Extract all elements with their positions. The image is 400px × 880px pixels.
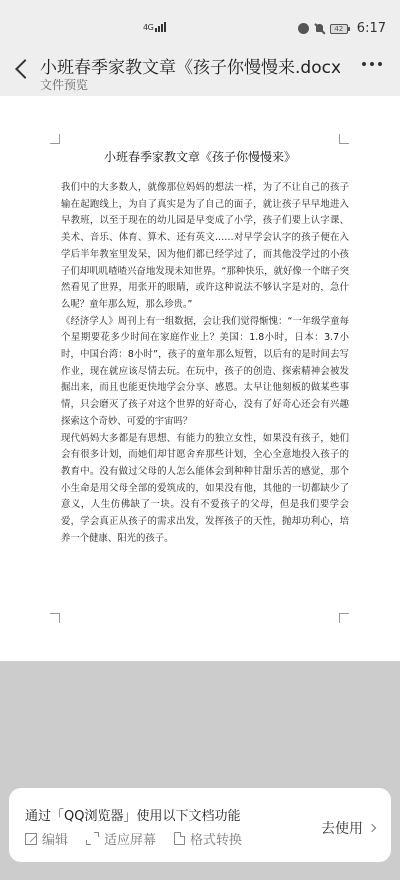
app-bar: 小班春季家教文章《孩子你慢慢来.docx 文件预览 [0, 44, 400, 96]
document-body: 我们中的大多数人，就像那位妈妈的想法一样，为了不让自己的孩子输在起跑线上，为自了… [61, 180, 349, 547]
battery-level: 42 [330, 24, 348, 34]
feature-label: 适应屏幕 [104, 829, 156, 848]
feature-label: 编辑 [42, 829, 68, 848]
edit-icon [25, 833, 37, 845]
feature-edit[interactable]: 编辑 [25, 829, 68, 848]
paragraph: 《经济学人》周刊上有一组数据，会让我们觉得惭愧：“一年级学童每个星期要花多少时间… [61, 314, 349, 431]
more-options-button[interactable] [362, 62, 382, 66]
margin-mark-top-right [339, 134, 349, 144]
more-dot-icon [370, 62, 374, 66]
feature-label: 格式转换 [190, 829, 242, 848]
file-subtitle: 文件预览 [40, 76, 88, 93]
alarm-icon [298, 23, 309, 34]
network-type: 4G [143, 23, 153, 32]
more-dot-icon [378, 62, 382, 66]
go-use-button[interactable]: 去使用 [321, 818, 375, 838]
margin-mark-bottom-left [50, 613, 60, 623]
mute-icon [314, 23, 325, 34]
feature-fit-screen[interactable]: 适应屏幕 [86, 829, 156, 848]
status-bar: 4G 42 6:17 [0, 0, 400, 44]
document-title: 小班春季家教文章《孩子你慢慢来》 [0, 148, 400, 165]
battery-icon: 42 [330, 24, 350, 34]
go-use-label: 去使用 [321, 818, 363, 838]
back-button[interactable] [12, 57, 32, 81]
feature-format-convert[interactable]: 格式转换 [174, 829, 242, 848]
document-page[interactable]: 小班春季家教文章《孩子你慢慢来》 我们中的大多数人，就像那位妈妈的想法一样，为了… [0, 96, 400, 661]
margin-mark-top-left [50, 134, 60, 144]
fit-screen-icon [86, 832, 99, 845]
feature-list: 编辑 适应屏幕 格式转换 [25, 829, 242, 848]
promo-message: 通过「QQ浏览器」使用以下文档功能 [25, 805, 240, 824]
chevron-right-icon [368, 824, 376, 832]
file-title: 小班春季家教文章《孩子你慢慢来.docx [40, 53, 340, 78]
more-dot-icon [362, 62, 366, 66]
paragraph: 我们中的大多数人，就像那位妈妈的想法一样，为了不让自己的孩子输在起跑线上，为自了… [61, 180, 349, 314]
margin-mark-bottom-right [339, 613, 349, 623]
clock: 6:17 [357, 21, 386, 36]
paragraph: 现代妈妈大多都是有思想、有能力的独立女性，如果没有孩子，她们会有很多计划，而她们… [61, 431, 349, 548]
signal-icon: 4G [143, 22, 167, 32]
file-icon [174, 832, 185, 845]
qq-browser-promo-card[interactable]: 通过「QQ浏览器」使用以下文档功能 编辑 适应屏幕 格式转换 去使用 [9, 788, 391, 862]
